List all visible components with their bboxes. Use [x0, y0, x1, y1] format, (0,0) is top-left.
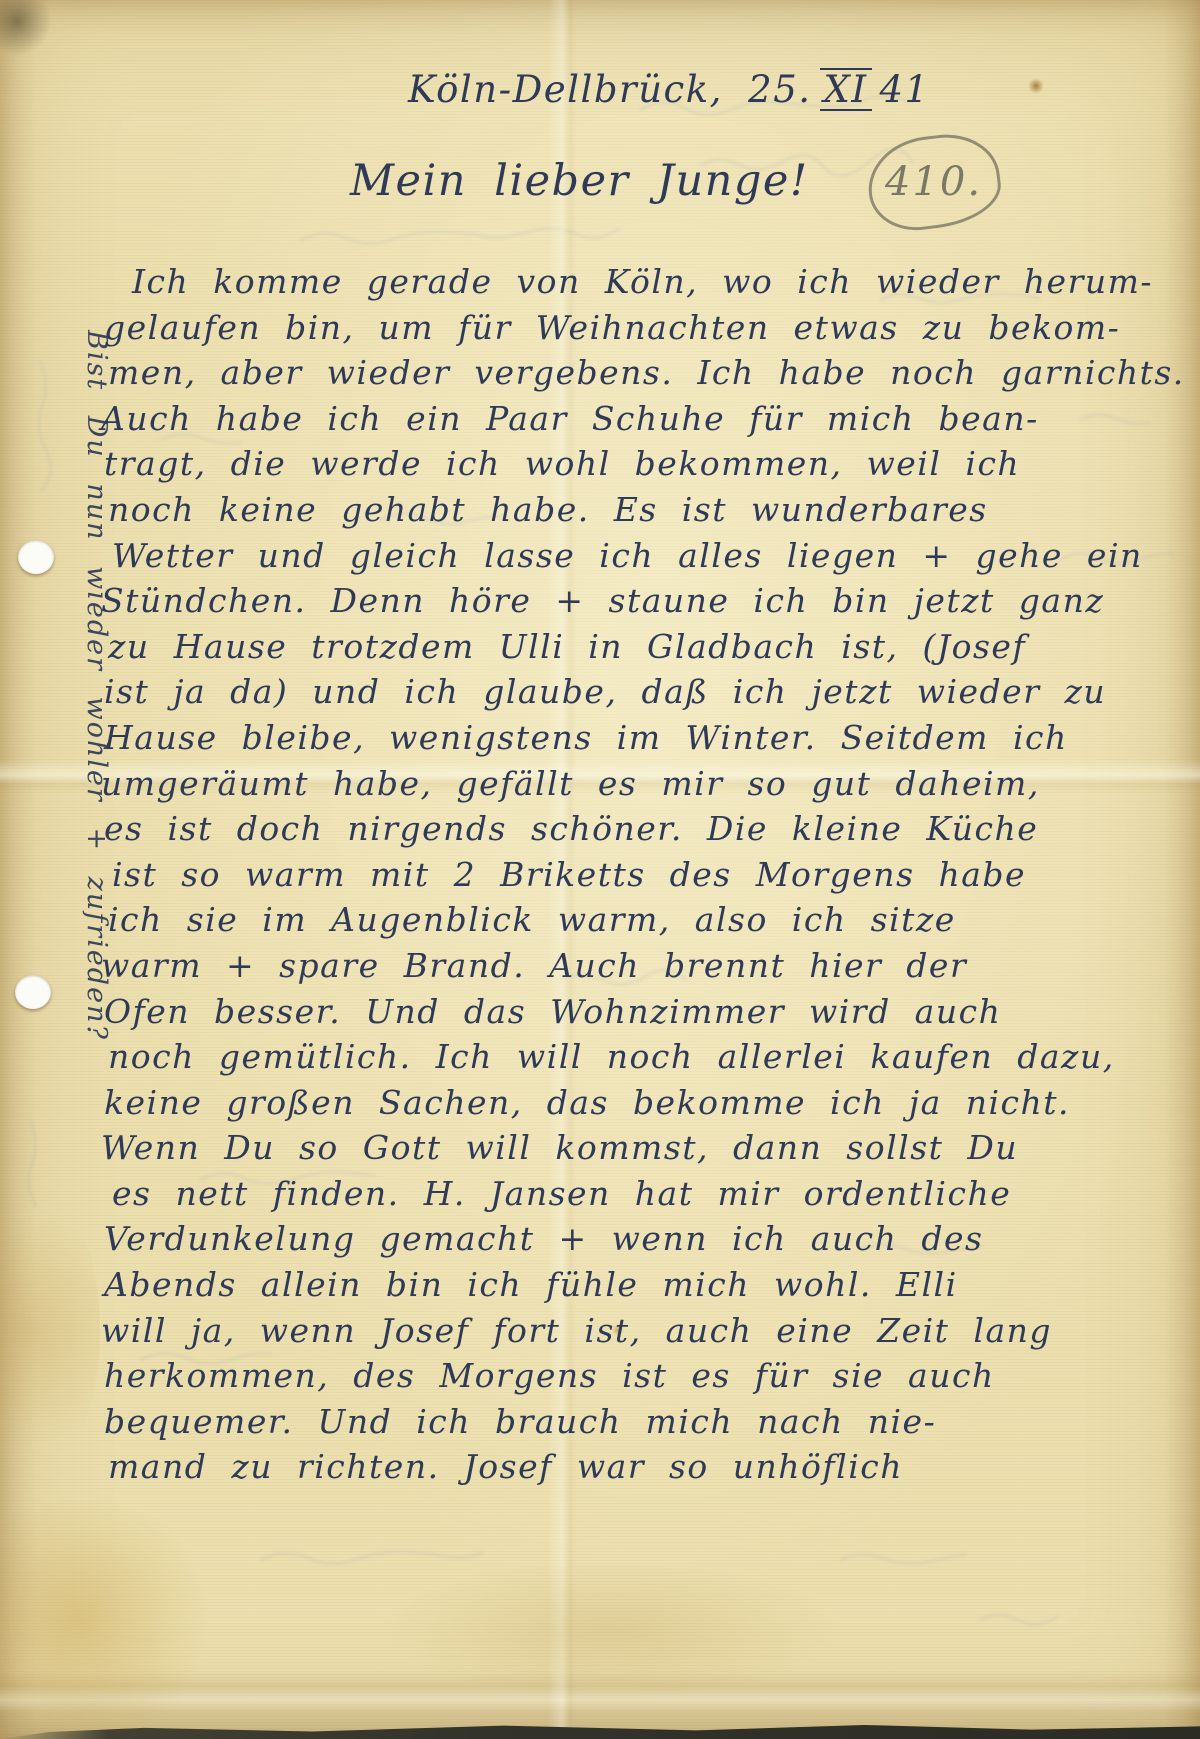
dateline-year: 41 [880, 68, 930, 111]
punch-hole-top [18, 540, 54, 574]
dateline-place-day: Köln-Dellbrück, 25. [408, 68, 812, 111]
punch-hole-bottom [15, 975, 51, 1009]
letter-line: Stündchen. Denn höre + staune ich bin je… [101, 581, 1124, 627]
letter-line: ist so warm mit 2 Briketts des Morgens h… [112, 855, 1124, 901]
letter-line: tragt, die werde ich wohl bekommen, weil… [104, 444, 1124, 490]
page-number-pencil: 410. [885, 159, 982, 205]
letter-line: Auch habe ich ein Paar Schuhe für mich b… [101, 399, 1124, 445]
letter-line: es ist doch nirgends schöner. Die kleine… [104, 809, 1124, 855]
salutation: Mein lieber Junge! [350, 156, 809, 206]
letter-line: noch gemütlich. Ich will noch allerlei k… [108, 1037, 1124, 1083]
letter-line: Wenn Du so Gott will kommst, dann sollst… [101, 1128, 1124, 1174]
letter-line: men, aber wieder vergebens. Ich habe noc… [108, 353, 1124, 399]
letter-body: Ich komme gerade von Köln, wo ich wieder… [104, 262, 1124, 1493]
letter-line: Hause bleibe, wenigstens im Winter. Seit… [104, 718, 1124, 764]
letter-line: keine großen Sachen, das bekomme ich ja … [104, 1083, 1124, 1129]
letter-line: Abends allein bin ich fühle mich wohl. E… [104, 1265, 1124, 1311]
margin-note: Bist Du nun wieder wohler + zufrieden? [66, 330, 112, 1180]
letter-line: Ich komme gerade von Köln, wo ich wieder… [132, 262, 1124, 308]
letter-line: es nett finden. H. Jansen hat mir ordent… [112, 1174, 1124, 1220]
letter-line: Wetter und gleich lasse ich alles liegen… [112, 536, 1124, 582]
letter-line: will ja, wenn Josef fort ist, auch eine … [101, 1311, 1124, 1357]
letter-line: Verdunkelung gemacht + wenn ich auch des [104, 1219, 1124, 1265]
letter-page: 410. Köln-Dellbrück, 25.XI41 Mein lieber… [0, 0, 1200, 1739]
dateline-month-roman: XI [820, 68, 872, 111]
letter-line: zu Hause trotzdem Ulli in Gladbach ist, … [108, 627, 1124, 673]
dateline: Köln-Dellbrück, 25.XI41 [408, 68, 930, 111]
letter-line: Ofen besser. Und das Wohnzimmer wird auc… [104, 992, 1124, 1038]
letter-line: herkommen, des Morgens ist es für sie au… [104, 1356, 1124, 1402]
letter-line: ist ja da) und ich glaube, daß ich jetzt… [104, 672, 1124, 718]
letter-line: noch keine gehabt habe. Es ist wunderbar… [108, 490, 1124, 536]
letter-line: ich sie im Augenblick warm, also ich sit… [108, 900, 1124, 946]
letter-line: gelaufen bin, um für Weihnachten etwas z… [104, 308, 1124, 354]
letter-line: bequemer. Und ich brauch mich nach nie- [104, 1402, 1124, 1448]
letter-line: umgeräumt habe, gefällt es mir so gut da… [101, 764, 1124, 810]
letter-line: warm + spare Brand. Auch brennt hier der [101, 946, 1124, 992]
horizontal-fold-crease [0, 1672, 1200, 1712]
letter-line: mand zu richten. Josef war so unhöflich [108, 1447, 1124, 1493]
